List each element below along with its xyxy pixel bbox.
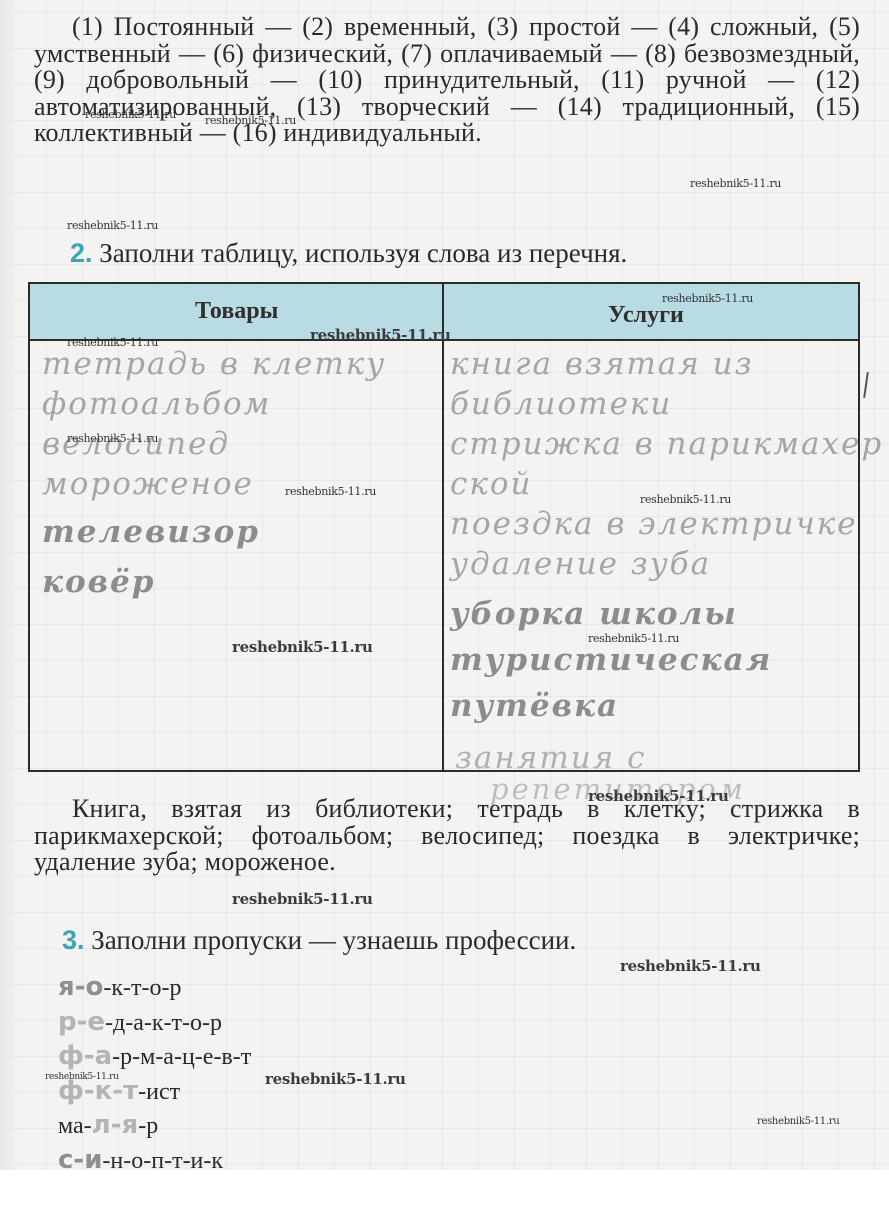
printed-prefix: ма- [58, 1113, 92, 1139]
watermark: reshebnik5-11.ru [285, 485, 376, 498]
handwritten-letters: ф-а [58, 1041, 112, 1071]
table-header-services: Услуги [608, 302, 684, 329]
profession-item: ф-а-р-м-а-ц-е-в-т [58, 1039, 251, 1074]
watermark: reshebnik5-11.ru [85, 108, 176, 121]
task2-heading: 2. Заполни таблицу, используя слова из п… [70, 238, 627, 269]
goods-entry: мороженое [42, 464, 386, 504]
task2-title: Заполни таблицу, используя слова из пере… [99, 238, 627, 268]
watermark: reshebnik5-11.ru [662, 292, 753, 305]
handwritten-letters: с-и [58, 1145, 102, 1175]
task2-word-list: Книга, взятая из библиотеки; тетрадь в к… [34, 796, 860, 876]
printed-letters: -н-о-п-т-и-к [102, 1148, 223, 1174]
watermark: reshebnik5-11.ru [232, 890, 373, 908]
watermark: reshebnik5-11.ru [67, 219, 158, 232]
profession-item: с-и-н-о-п-т-и-к [58, 1143, 251, 1178]
task2-word-list-content: Книга, взятая из библиотеки; тетрадь в к… [34, 794, 860, 876]
services-entry: удаление зуба [450, 544, 883, 584]
handwritten-letters: р-е [58, 1007, 105, 1037]
profession-item: р-е-д-а-к-т-о-р [58, 1005, 251, 1040]
printed-letters: -р-м-а-ц-е-в-т [112, 1044, 251, 1070]
task3-title: Заполни пропуски — узнаешь профессии. [91, 925, 576, 955]
watermark: reshebnik5-11.ru [67, 336, 158, 349]
watermark: reshebnik5-11.ru [690, 177, 781, 190]
goods-entry: фотоальбом [42, 384, 386, 424]
services-entry: стрижка в парикмахер [450, 424, 883, 464]
printed-letters: -к-т-о-р [103, 975, 181, 1001]
services-entry: поездка в электричке [450, 504, 883, 544]
watermark: reshebnik5-11.ru [45, 1072, 119, 1082]
watermark: reshebnik5-11.ru [205, 114, 296, 127]
services-entry: туристическая [450, 640, 883, 680]
task3-number: 3. [62, 925, 85, 955]
table-column-divider [442, 284, 444, 770]
profession-item: ма-л-я-р [58, 1108, 251, 1143]
printed-letters: -ист [138, 1079, 180, 1105]
services-entry: книга взятая из [450, 344, 883, 384]
watermark: reshebnik5-11.ru [640, 493, 731, 506]
watermark: reshebnik5-11.ru [67, 432, 158, 445]
watermark: reshebnik5-11.ru [588, 787, 729, 805]
handwritten-letters: л-я [92, 1110, 139, 1140]
services-entry: путёвка [450, 686, 883, 726]
goods-column-entries: тетрадь в клетку фотоальбом велосипед мо… [42, 344, 386, 602]
printed-letters: -д-а-к-т-о-р [105, 1010, 222, 1036]
task1-answer-content: (1) Постоянный — (2) временный, (3) прос… [34, 12, 860, 147]
handwritten-letters: я-о [58, 972, 103, 1002]
watermark: reshebnik5-11.ru [310, 326, 451, 344]
task3-heading: 3. Заполни пропуски — узнаешь профессии. [62, 925, 576, 956]
printed-letters: -р [138, 1113, 158, 1139]
services-overflow-line-1: занятия с [455, 740, 646, 776]
task1-answer-text: (1) Постоянный — (2) временный, (3) прос… [34, 14, 860, 147]
services-column-entries: книга взятая из библиотеки стрижка в пар… [450, 344, 883, 726]
table-header-goods: Товары [195, 298, 278, 325]
watermark: reshebnik5-11.ru [588, 632, 679, 645]
services-entry: уборка школы [450, 594, 883, 634]
watermark: reshebnik5-11.ru [757, 1116, 839, 1127]
watermark: reshebnik5-11.ru [232, 638, 373, 656]
page-edge-shadow [0, 0, 18, 1207]
profession-item: я-о-к-т-о-р [58, 970, 251, 1005]
goods-entry: тетрадь в клетку [42, 344, 386, 384]
services-entry: библиотеки [450, 384, 883, 424]
goods-entry: телевизор [42, 512, 386, 552]
goods-entry: ковёр [42, 562, 386, 602]
goods-services-table: Товары Услуги тетрадь в клетку фотоальбо… [28, 282, 860, 772]
watermark: reshebnik5-11.ru [265, 1070, 406, 1088]
watermark: reshebnik5-11.ru [620, 957, 761, 975]
task2-number: 2. [70, 238, 93, 268]
